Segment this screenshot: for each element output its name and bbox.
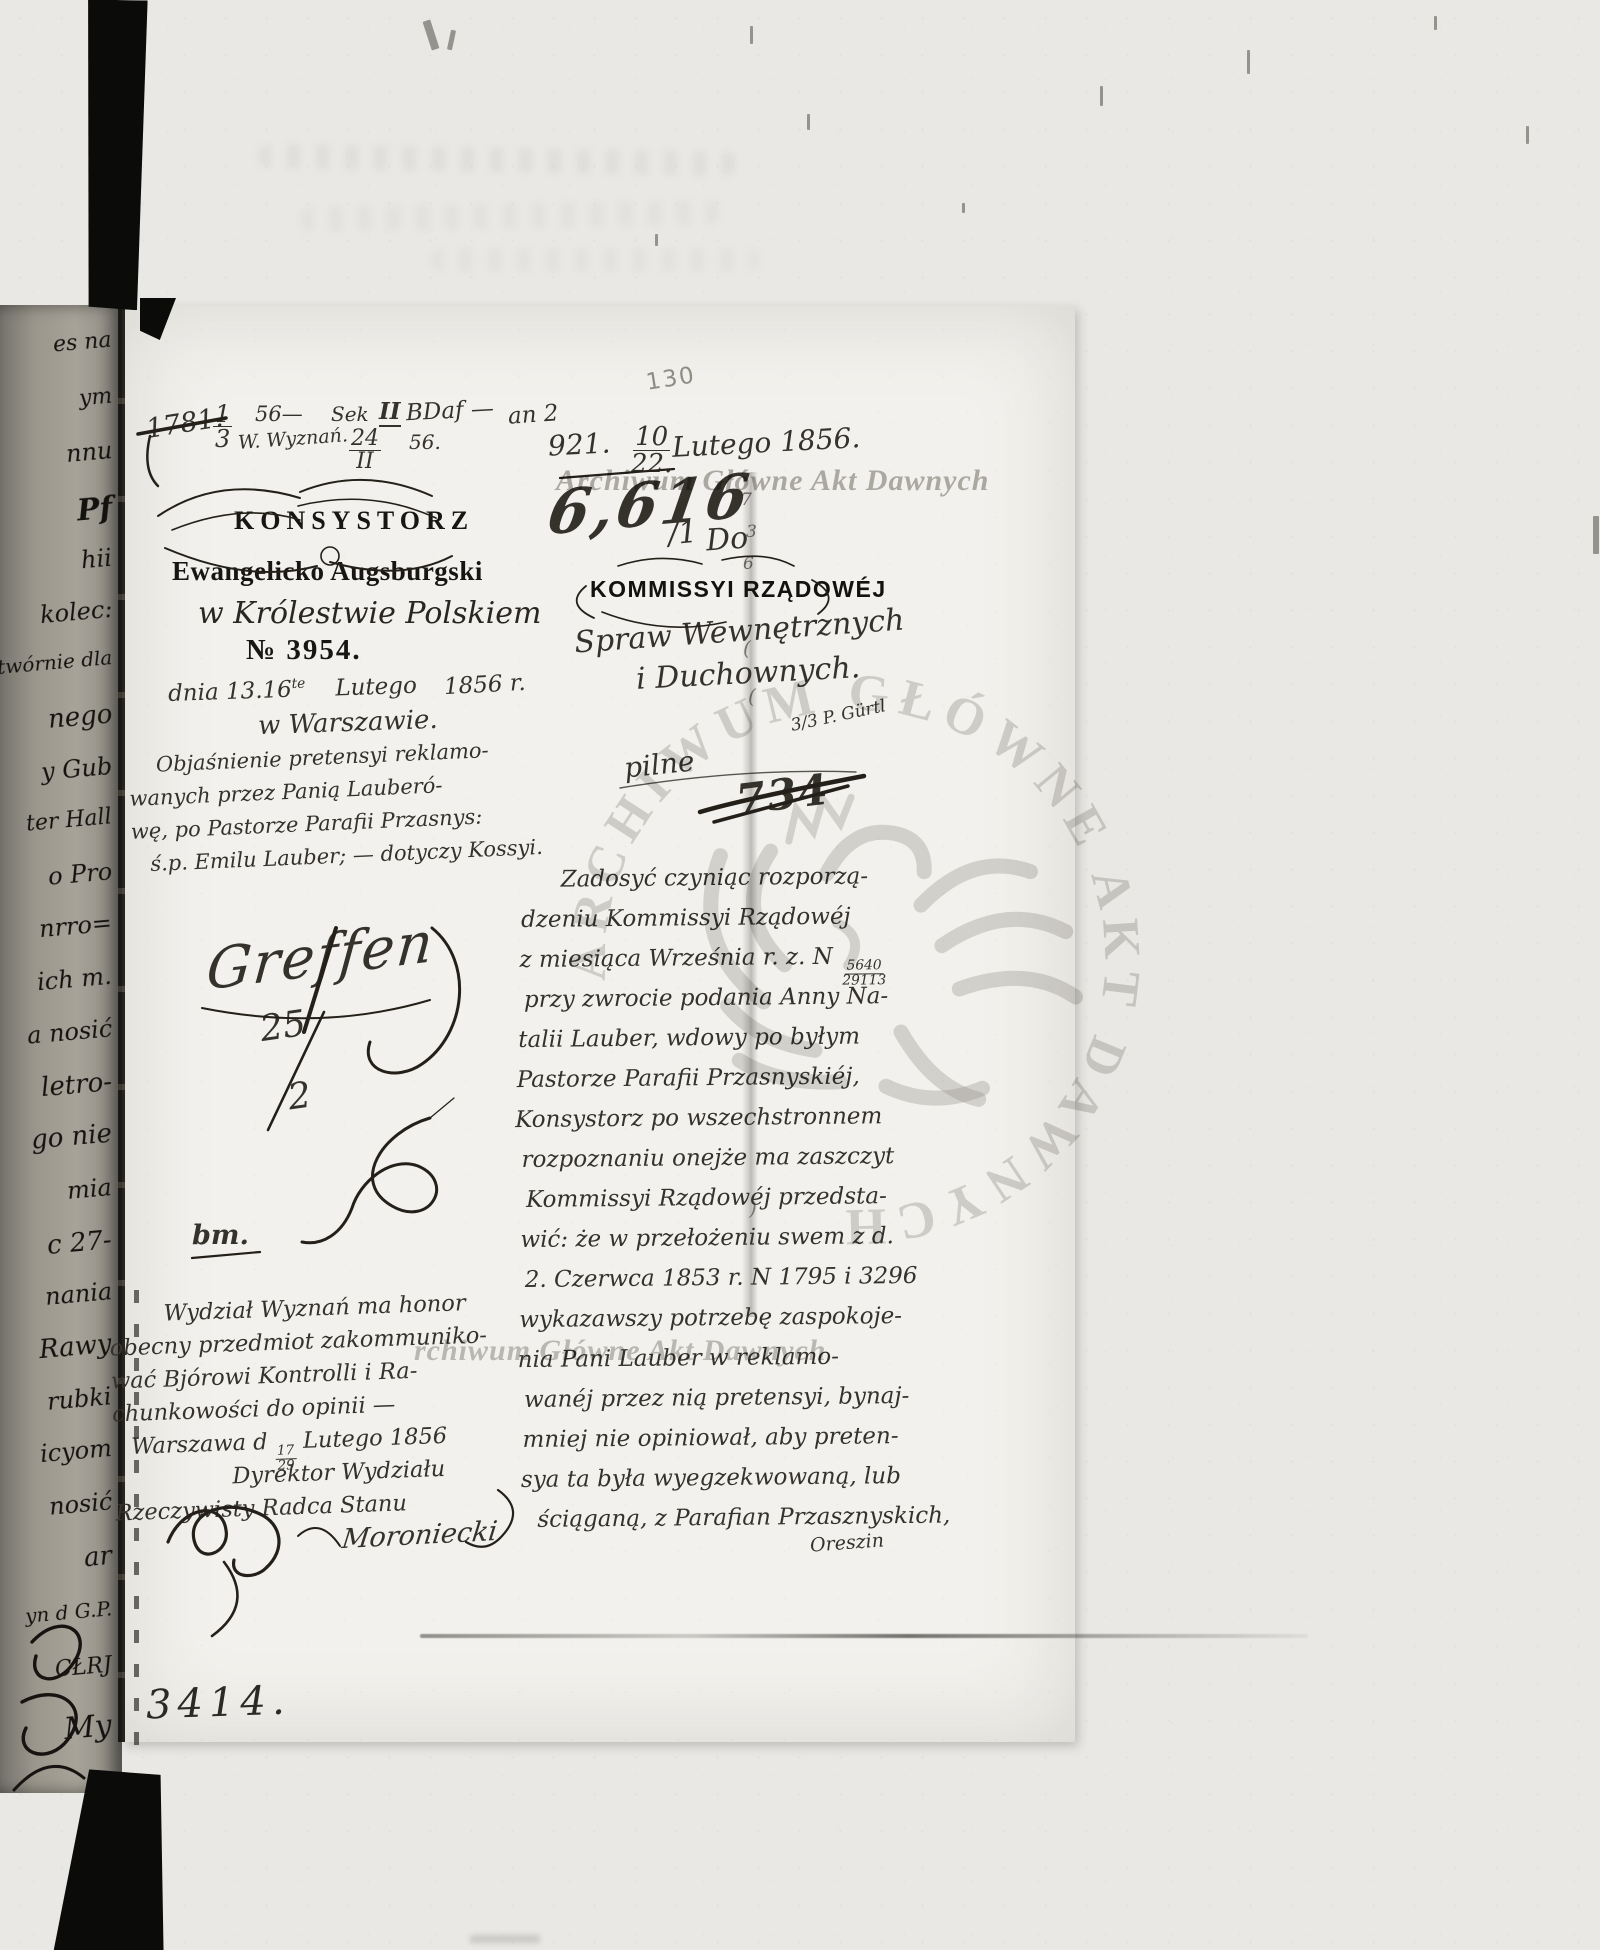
dust-speck: [1593, 516, 1599, 554]
old-text-fragment: nnu: [64, 436, 113, 468]
horizontal-fold-crease: [420, 1634, 1308, 1638]
dispatch-to: Do: [705, 521, 749, 559]
dust-speck: [807, 114, 810, 130]
registry-bdaf: BDaf —: [405, 396, 494, 427]
dust-speck: [962, 203, 965, 213]
old-text-fragment: go nie: [30, 1119, 113, 1156]
old-text-fragment: nania: [44, 1277, 113, 1311]
folio-number: 3414.: [145, 1677, 291, 1728]
crease-ink-fragment: 6: [743, 554, 754, 574]
ghost-bleedthrough: [430, 248, 760, 272]
old-text-fragment: My: [63, 1708, 114, 1747]
old-text-fragment: rubki: [46, 1382, 113, 1416]
dust-speck: [447, 30, 456, 51]
registry-number-56: 56—: [255, 402, 303, 426]
ghost-bleedthrough: [258, 144, 738, 176]
dust-speck: [655, 234, 658, 246]
old-text-fragment: Pf: [75, 491, 113, 529]
resolution-fraction-top: 25: [257, 1003, 308, 1050]
recipient-org: KOMMISSYI RZĄDOWÉJ: [590, 576, 887, 603]
old-text-fragment: letro-: [40, 1067, 113, 1103]
forward-note: Wydział Wyznań ma honor obecny przedmiot…: [108, 1285, 546, 1531]
old-text-fragment: y Gub: [40, 752, 113, 786]
old-text-fragment: yn d G.P.: [24, 1596, 113, 1627]
letterhead-year: 1856 r.: [443, 670, 526, 700]
resolution-bm-note: bm.: [192, 1220, 249, 1251]
body-line: wanéj przez nią pretensyi, bynaj-: [524, 1376, 918, 1420]
old-text-fragment: Rawy: [38, 1329, 113, 1365]
old-text-fragment: ym: [78, 384, 113, 412]
old-text-fragment: es na: [52, 327, 113, 357]
old-text-fragment: kolec:: [39, 595, 114, 629]
scan-void-bottom-left: [54, 1769, 169, 1950]
dust-speck: [1526, 126, 1529, 144]
eagle-watermark-icon: [690, 756, 1096, 1147]
letterhead-place: w Warszawie.: [258, 705, 439, 741]
letterhead-org-line2: Ewangelicko Augsburgski: [172, 556, 483, 587]
archive-seal-watermark: ARCHIWUM GŁÓWNE AKT DAWNYCH: [515, 620, 1195, 1300]
dust-speck: [1434, 16, 1437, 30]
letterhead-org-line3: w Królestwie Polskiem: [198, 596, 541, 631]
registry-year-56: 56.: [409, 430, 441, 454]
dust-speck: [750, 26, 753, 44]
old-text-fragment: a nosić: [26, 1014, 113, 1049]
old-text-fragment: icyom: [39, 1434, 113, 1468]
registry-roman-ii: II: [379, 398, 401, 427]
registry-an2: an 2: [507, 400, 559, 429]
watermark-text: rchiwum Główne Akt Dawnych: [414, 1334, 826, 1368]
ghost-bleedthrough: [300, 200, 720, 231]
old-text-fragment: hii: [80, 544, 113, 575]
registry-fraction: 13: [213, 402, 232, 451]
old-text-fragment: mia: [66, 1173, 113, 1205]
old-text-fragment: c 27-: [46, 1225, 113, 1261]
registry-sek: Sek: [331, 402, 369, 426]
scanned-document-canvas: es na ym nnu Pf hii kolec: twórnie dla n…: [0, 0, 1600, 1950]
old-text-fragment: nosić: [48, 1487, 114, 1520]
registry-date-fraction: 24II: [349, 428, 381, 473]
old-text-fragment: CŁRJ: [54, 1653, 113, 1683]
old-text-fragment: ter Hall: [25, 804, 113, 836]
scan-void-top-left: [82, 0, 147, 310]
watermark-text: Archiwum Główne Akt Dawnych: [556, 464, 989, 498]
old-text-fragment: nrro=: [38, 909, 113, 943]
old-text-fragment: ar: [83, 1541, 113, 1573]
dust-speck: [423, 19, 440, 50]
old-page-strip: es na ym nnu Pf hii kolec: twórnie dla n…: [0, 305, 122, 1793]
letterhead-number: № 3954.: [246, 634, 362, 667]
dust-speck: [1247, 50, 1250, 74]
old-text-fragment: o Pro: [47, 857, 113, 890]
old-text-fragment: nego: [46, 699, 113, 735]
dust-speck: [1100, 86, 1103, 106]
dispatch-big-number-frac: /1: [667, 515, 699, 552]
letterhead-org-name: KONSYSTORZ: [234, 506, 474, 536]
subject-paragraph: Objaśnienie pretensyi reklamo- wanych pr…: [127, 734, 492, 882]
body-line: sya ta była wyegzekwowaną, lub: [521, 1456, 919, 1500]
body-line: mniej nie opiniował, aby preten-: [522, 1416, 918, 1460]
dust-smudge: [470, 1935, 540, 1943]
old-text-fragment: twórnie dla: [0, 645, 113, 679]
old-text-fragment: ich m.: [36, 962, 113, 996]
dispatch-number: 921.: [547, 426, 611, 462]
